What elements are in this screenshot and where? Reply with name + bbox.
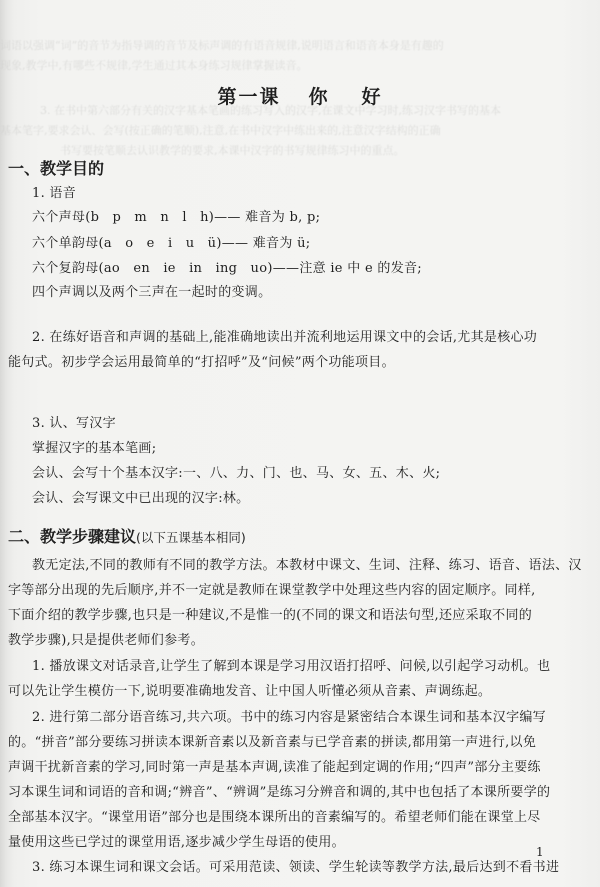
step-2-line-5: 全部基本汉字。“课堂用语”部分也是围绕本课所出的音素编写的。希望老师们能在课堂上…: [8, 806, 541, 825]
goal-3-label: 3. 认、写汉字: [32, 412, 116, 431]
bleed-through-text: 词语以强调“词”的音节为指导调的音节及标声调的有语音规律,说明语言和语音本身是有…: [0, 38, 600, 54]
goal-1-label: 1. 语音: [32, 182, 76, 201]
step-2-line-6: 量使用这些已学过的课堂用语,逐步减少学生母语的使用。: [8, 831, 345, 850]
lesson-title: 第一课你好: [0, 82, 600, 109]
section-heading-teaching-goals: 一、教学目的: [8, 156, 104, 179]
goal-3-line-3: 会认、会写课文中已出现的汉字:林。: [32, 487, 249, 506]
lesson-number: 第一课: [217, 86, 280, 108]
tones-line: 四个声调以及两个三声在一起时的变调。: [32, 281, 271, 300]
compound-finals-line: 六个复韵母(ao en ie in ing uo)——注意 ie 中 e 的发音…: [32, 257, 422, 276]
step-1-line-1: 1. 播放课文对话录音,让学生了解到本课是学习用汉语打招呼、问候,以引起学习动机…: [32, 655, 550, 674]
simple-finals-line: 六个单韵母(a o e i u ü)—— 难音为 ü;: [32, 232, 310, 251]
goal-2-line-1: 2. 在练好语音和声调的基础上,能准确地读出并流利地运用课文中的会话,尤其是核心…: [32, 326, 537, 345]
intro-line-2: 字等部分出现的先后顺序,并不一定就是教师在课堂教学中处理这些内容的固定顺序。同样…: [8, 579, 536, 598]
goal-3-line-1: 掌握汉字的基本笔画;: [32, 437, 156, 456]
step-3-line-1: 3. 练习本课生词和课文会话。可采用范读、领读、学生轮读等教学方法,最后达到不看…: [32, 856, 559, 875]
section-2-note: (以下五课基本相同): [136, 530, 246, 545]
step-1-line-2: 可以先让学生模仿一下,说明要准确地发音、让中国人听懂必须从音素、声调练起。: [8, 680, 491, 699]
step-2-line-1: 2. 进行第二部分语音练习,共六项。书中的练习内容是紧密结合本课生词和基本汉字编…: [32, 706, 546, 725]
step-2-line-4: 习本课生词和词语的音和调;“辨音”、“辨调”是练习分辨音和调的,其中也包括了本课…: [8, 781, 550, 800]
step-2-line-3: 声调干扰新音素的学习,同时第一声是基本声调,读准了能起到定调的作用;“四声”部分…: [8, 756, 541, 775]
step-2-line-2: 的。“拼音”部分要练习拼读本课新音素以及新音素与已学音素的拼读,都用第一声进行,…: [8, 731, 536, 750]
bleed-through-text: 基本笔字,要求会认、会写(按正确的笔顺),注意,在书中汉字中练出来的,注意汉字结…: [0, 123, 600, 139]
bleed-through-text: 书写要按笔顺去认识教学的要求,本课中汉字的书写规律练习中的重点。: [60, 143, 600, 159]
intro-line-4: 教学步骤),只是提供老师们参考。: [8, 629, 204, 648]
section-heading-teaching-steps: 二、教学步骤建议(以下五课基本相同): [8, 524, 246, 547]
lesson-title-char-2: 好: [362, 86, 383, 108]
lesson-title-char-1: 你: [308, 86, 329, 108]
section-2-title: 二、教学步骤建议: [8, 527, 136, 546]
bleed-through-text: 现象,教学中,有哪些不规律,学生通过其本身练习规律掌握读音。: [0, 58, 600, 74]
initials-line: 六个声母(b p m n l h)—— 难音为 b, p;: [32, 206, 320, 225]
goal-3-line-2: 会认、会写十个基本汉字:一、八、力、门、也、马、女、五、木、火;: [32, 462, 440, 481]
intro-line-1: 教无定法,不同的教师有不同的教学方法。本教材中课文、生词、注释、练习、语音、语法…: [32, 554, 582, 573]
goal-2-line-2: 能句式。初步学会运用最简单的“打招呼”及“问候”两个功能项目。: [8, 351, 395, 370]
page-number: 1: [536, 845, 544, 859]
intro-line-3: 下面介绍的教学步骤,也只是一种建议,不是惟一的(不同的课文和语法句型,还应采取不…: [8, 604, 532, 623]
